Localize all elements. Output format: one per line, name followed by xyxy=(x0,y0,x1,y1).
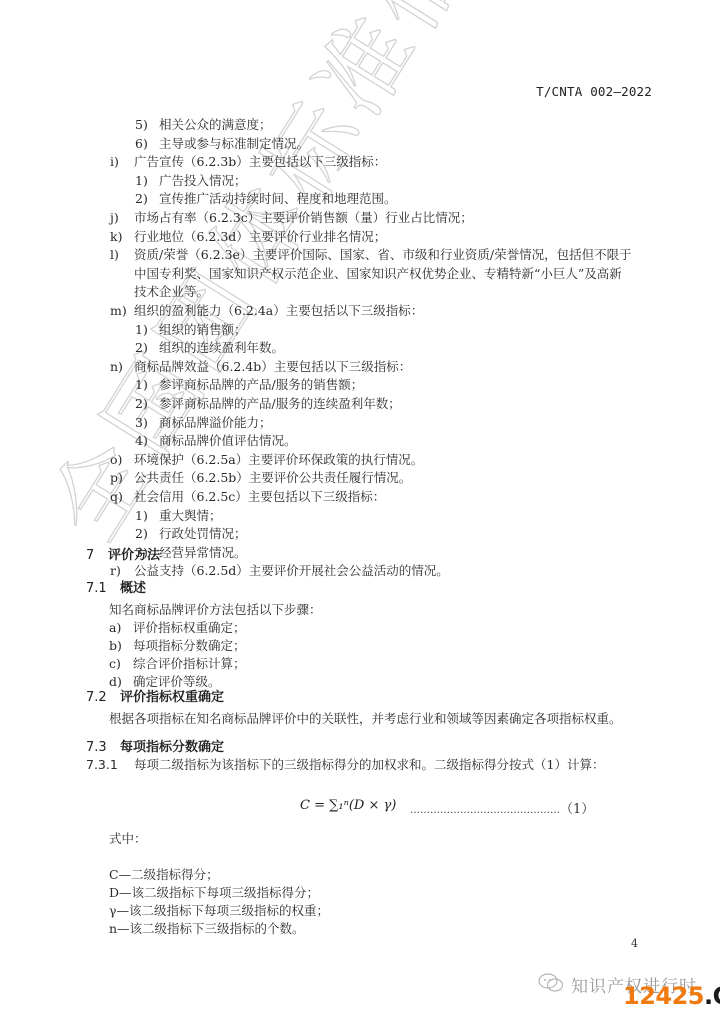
list-text: 参评商标品牌的产品/服务的销售额； xyxy=(159,377,363,392)
list-text: 行政处罚情况； xyxy=(159,526,247,541)
list-marker: l) xyxy=(110,246,134,264)
list-marker: 5) xyxy=(135,116,159,134)
list-item: k)行业地位（6.2.3d）主要评价行业排名情况； xyxy=(110,228,386,246)
list-item: m)组织的盈利能力（6.2.4a）主要包括以下三级指标： xyxy=(110,302,423,320)
section-7-heading: 7评价方法 xyxy=(86,544,160,563)
list-text: 组织的连续盈利年数。 xyxy=(159,340,284,355)
list-item: l)资质/荣誉（6.2.3e）主要评价国际、国家、省、市级和行业资质/荣誉情况，… xyxy=(110,246,632,264)
list-text: 宣传推广活动持续时间、程度和地理范围。 xyxy=(159,191,397,206)
list-marker: 6) xyxy=(135,135,159,153)
section-title: 评价指标权重确定 xyxy=(120,690,224,705)
leader-dots: ……………………………………… xyxy=(410,805,560,816)
list-item: q)社会信用（6.2.5c）主要包括以下三级指标： xyxy=(110,488,385,506)
list-text: 参评商标品牌的产品/服务的连续盈利年数； xyxy=(159,396,401,411)
list-marker: p) xyxy=(110,469,134,487)
section-number: 7.1 xyxy=(86,581,120,596)
list-text: 市场占有率（6.2.3c）主要评价销售额（量）行业占比情况； xyxy=(134,210,473,225)
step-text: 每项指标分数确定； xyxy=(133,638,246,653)
definition: n—该二级指标下三级指标的个数。 xyxy=(109,920,305,938)
section-number: 7 xyxy=(86,548,108,563)
list-item: j)市场占有率（6.2.3c）主要评价销售额（量）行业占比情况； xyxy=(110,209,473,227)
step-marker: b) xyxy=(109,637,133,655)
list-text: 技术企业等。 xyxy=(134,284,209,299)
list-text: 广告宣传（6.2.3b）主要包括以下三级指标： xyxy=(134,154,386,169)
list-text: 社会信用（6.2.5c）主要包括以下三级指标： xyxy=(134,489,385,504)
step-item: b)每项指标分数确定； xyxy=(109,637,246,655)
list-marker: k) xyxy=(110,228,134,246)
list-item: i)广告宣传（6.2.3b）主要包括以下三级指标： xyxy=(110,153,386,171)
list-item: n)商标品牌效益（6.2.4b）主要包括以下三级指标： xyxy=(110,358,411,376)
list-item: 1)参评商标品牌的产品/服务的销售额； xyxy=(135,376,363,394)
formula-leader: ………………………………………（1） xyxy=(410,798,594,817)
site-logo: 12425.CN xyxy=(623,982,720,1010)
list-item: p)公共责任（6.2.5b）主要评价公共责任履行情况。 xyxy=(110,469,411,487)
list-text: 组织的销售额； xyxy=(159,322,247,337)
definition: D—该二级指标下每项三级指标得分； xyxy=(109,884,319,902)
section-title: 每项指标分数确定 xyxy=(120,740,224,755)
list-marker: q) xyxy=(110,488,134,506)
list-marker: o) xyxy=(110,451,134,469)
page-number: 4 xyxy=(631,937,638,950)
list-text: 经营异常情况。 xyxy=(159,545,247,560)
section-7-1-heading: 7.1概述 xyxy=(86,577,146,596)
formula-expression: C = ∑₁ⁿ(D × γ) xyxy=(300,798,396,813)
document-page: 全国团体标准信息平台 T/CNTA 002—2022 5)相关公众的满意度；6)… xyxy=(0,0,720,1018)
list-marker: 4) xyxy=(135,432,159,450)
list-text: 广告投入情况； xyxy=(159,173,247,188)
list-text: 商标品牌溢价能力； xyxy=(159,415,272,430)
formula-label: （1） xyxy=(560,802,594,817)
list-marker: 2) xyxy=(135,339,159,357)
section-number: 7.2 xyxy=(86,690,120,705)
list-text: 重大舆情； xyxy=(159,508,222,523)
list-item: 1)重大舆情； xyxy=(135,507,222,525)
step-item: c)综合评价指标计算； xyxy=(109,655,246,673)
list-text: 资质/荣誉（6.2.3e）主要评价国际、国家、省、市级和行业资质/荣誉情况，包括… xyxy=(134,247,632,262)
list-item: o)环境保护（6.2.5a）主要评价环保政策的执行情况。 xyxy=(110,451,423,469)
list-text: 商标品牌价值评估情况。 xyxy=(159,433,297,448)
clause-text: 每项二级指标为该指标下的三级指标得分的加权求和。二级指标得分按式（1）计算： xyxy=(134,757,604,772)
list-item: 技术企业等。 xyxy=(110,283,209,301)
list-item: 中国专利奖、国家知识产权示范企业、国家知识产权优势企业、专精特新“小巨人”及高新 xyxy=(110,265,622,283)
list-item: 2)宣传推广活动持续时间、程度和地理范围。 xyxy=(135,190,397,208)
list-item: 4)商标品牌价值评估情况。 xyxy=(135,432,297,450)
section-number: 7.3 xyxy=(86,740,120,755)
logo-digits: 12425 xyxy=(623,982,704,1010)
section-7-3-heading: 7.3每项指标分数确定 xyxy=(86,736,224,755)
intro-text: 知名商标品牌评价方法包括以下步骤： xyxy=(109,601,322,619)
standard-code: T/CNTA 002—2022 xyxy=(536,84,652,99)
list-marker: 1) xyxy=(135,172,159,190)
list-item: r)公益支持（6.2.5d）主要评价开展社会公益活动的情况。 xyxy=(110,562,449,580)
step-marker: c) xyxy=(109,655,133,673)
list-marker: 3) xyxy=(135,414,159,432)
list-item: 1)组织的销售额； xyxy=(135,321,247,339)
list-marker: 1) xyxy=(135,321,159,339)
clause-number: 7.3.1 xyxy=(86,756,134,774)
section-7-2-body: 根据各项指标在知名商标品牌评价中的关联性，并考虑行业和领域等因素确定各项指标权重… xyxy=(109,710,622,728)
section-7-3-1: 7.3.1每项二级指标为该指标下的三级指标得分的加权求和。二级指标得分按式（1）… xyxy=(86,756,604,774)
list-marker: i) xyxy=(110,153,134,171)
list-marker: 1) xyxy=(135,507,159,525)
formula-1: C = ∑₁ⁿ(D × γ) ………………………………………（1） xyxy=(300,798,396,813)
list-item: 3)商标品牌溢价能力； xyxy=(135,414,272,432)
section-7-2-heading: 7.2评价指标权重确定 xyxy=(86,686,224,705)
wechat-icon xyxy=(537,972,565,994)
list-item: 1)广告投入情况； xyxy=(135,172,247,190)
list-text: 公共责任（6.2.5b）主要评价公共责任履行情况。 xyxy=(134,470,411,485)
list-item: 2)行政处罚情况； xyxy=(135,525,247,543)
step-text: 评价指标权重确定； xyxy=(133,620,246,635)
list-marker: 2) xyxy=(135,190,159,208)
list-text: 中国专利奖、国家知识产权示范企业、国家知识产权优势企业、专精特新“小巨人”及高新 xyxy=(134,266,622,281)
list-item: 6)主导或参与标准制定情况。 xyxy=(135,135,309,153)
list-marker: m) xyxy=(110,302,134,320)
list-text: 商标品牌效益（6.2.4b）主要包括以下三级指标： xyxy=(134,359,411,374)
list-text: 组织的盈利能力（6.2.4a）主要包括以下三级指标： xyxy=(134,303,423,318)
list-marker: 1) xyxy=(135,376,159,394)
list-text: 相关公众的满意度； xyxy=(159,117,272,132)
list-text: 公益支持（6.2.5d）主要评价开展社会公益活动的情况。 xyxy=(134,563,449,578)
list-item: 2)参评商标品牌的产品/服务的连续盈利年数； xyxy=(135,395,401,413)
where-label: 式中： xyxy=(109,830,147,848)
list-item: 5)相关公众的满意度； xyxy=(135,116,272,134)
list-text: 主导或参与标准制定情况。 xyxy=(159,136,309,151)
definition: C—二级指标得分； xyxy=(109,866,219,884)
step-text: 综合评价指标计算； xyxy=(133,656,246,671)
list-marker: n) xyxy=(110,358,134,376)
list-marker: j) xyxy=(110,209,134,227)
section-title: 评价方法 xyxy=(108,548,160,563)
step-marker: a) xyxy=(109,619,133,637)
footer-brand: 知识产权进行时 12425.CN xyxy=(537,968,717,1008)
list-marker: 2) xyxy=(135,525,159,543)
list-item: 2)组织的连续盈利年数。 xyxy=(135,339,284,357)
definition: γ—该二级指标下每项三级指标的权重； xyxy=(109,902,329,920)
logo-tld: .CN xyxy=(704,982,720,1010)
list-marker: 2) xyxy=(135,395,159,413)
section-title: 概述 xyxy=(120,581,146,596)
list-text: 环境保护（6.2.5a）主要评价环保政策的执行情况。 xyxy=(134,452,423,467)
step-item: a)评价指标权重确定； xyxy=(109,619,246,637)
list-text: 行业地位（6.2.3d）主要评价行业排名情况； xyxy=(134,229,386,244)
